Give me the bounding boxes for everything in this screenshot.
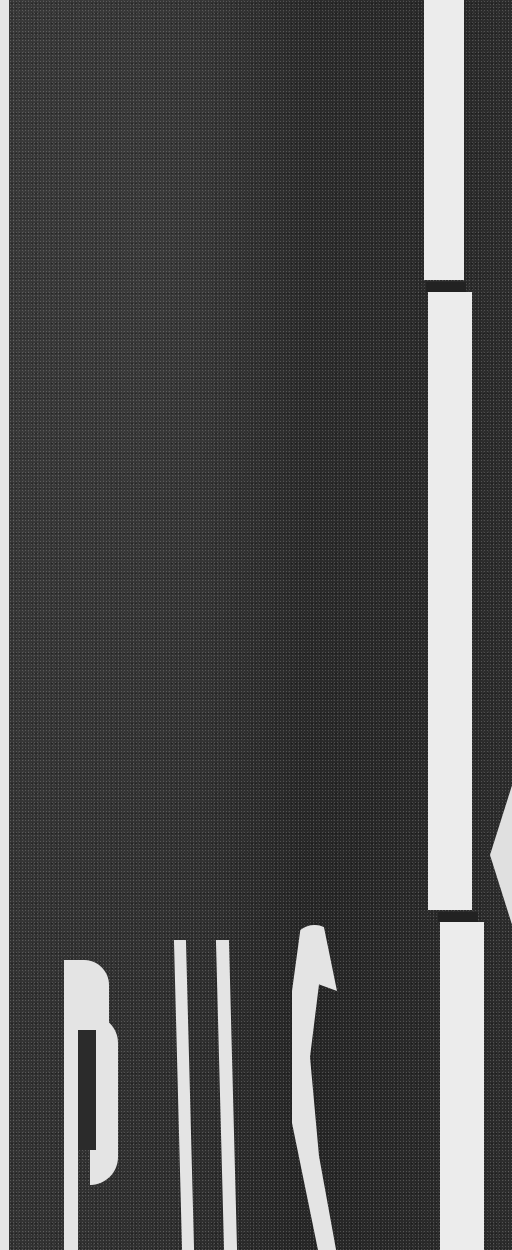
lane-line-segment [428, 292, 472, 910]
lane-line-segment [424, 0, 464, 280]
road-photo: BUS [0, 0, 512, 1250]
pavement-joint [438, 912, 478, 922]
pavement-joint [426, 282, 466, 292]
left-edge-line [0, 0, 9, 1250]
lane-line-segment [440, 922, 484, 1250]
arrow-marking [490, 760, 512, 950]
letter-b-counter [78, 1030, 96, 1150]
